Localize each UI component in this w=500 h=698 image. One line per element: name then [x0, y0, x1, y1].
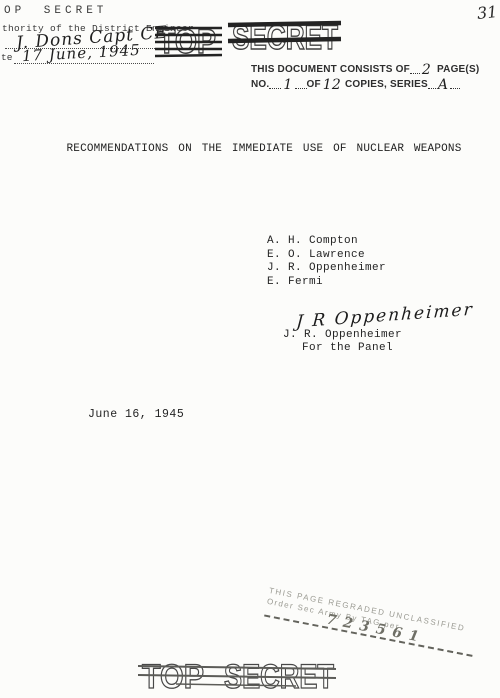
copy-no-label: NO. [251, 79, 269, 90]
accountability-stamp: THIS DOCUMENT CONSISTS OF 2 PAGE(S) NO. … [251, 64, 499, 94]
document-date: June 16, 1945 [88, 408, 184, 421]
signature-typed-name: J. R. Oppenheimer [283, 329, 402, 341]
date-label-partial: te [1, 52, 12, 63]
copy-value-handwritten: 1 [281, 80, 294, 90]
document-page: OP SECRET thority of the District Engine… [0, 0, 500, 698]
dotted-fill [295, 88, 307, 89]
panel-member: E. O. Lawrence [267, 249, 386, 263]
dotted-fill [450, 88, 460, 89]
panel-member: E. Fermi [267, 276, 386, 290]
classification-marking-partial: OP SECRET [4, 5, 107, 17]
signature-typed-capacity: For the Panel [302, 342, 393, 354]
panel-member: J. R. Oppenheimer [267, 262, 386, 276]
top-secret-stamp-bottom: TOP SECRET [136, 648, 338, 696]
series-value-handwritten: A [436, 80, 450, 90]
of-label: OF [307, 79, 321, 90]
pages-suffix: PAGE(S) [437, 64, 479, 75]
dotted-fill [428, 88, 436, 89]
dotted-fill [269, 88, 281, 89]
top-secret-word-top: TOP [142, 658, 204, 696]
panel-member: A. H. Compton [267, 235, 386, 249]
top-secret-stamp-top: TOP SECRET [152, 8, 342, 62]
oppenheimer-signature-handwriting: J R Oppenheimer [296, 300, 475, 333]
consists-line2: NO. 1 OF 12 COPIES, SERIES A [251, 79, 499, 90]
copies-value-handwritten: 12 [321, 80, 343, 90]
panel-members-list: A. H. Compton E. O. Lawrence J. R. Oppen… [267, 235, 386, 289]
pages-value-handwritten: 2 [420, 65, 433, 75]
document-title: RECOMMENDATIONS ON THE IMMEDIATE USE OF … [58, 143, 470, 155]
consists-line1: THIS DOCUMENT CONSISTS OF 2 PAGE(S) [251, 64, 499, 75]
copies-suffix: COPIES, SERIES [345, 79, 428, 90]
consists-prefix: THIS DOCUMENT CONSISTS OF [251, 64, 410, 75]
dotted-fill [410, 73, 420, 74]
corner-page-number: 31 [476, 2, 498, 23]
date-dotted-line [14, 63, 154, 64]
